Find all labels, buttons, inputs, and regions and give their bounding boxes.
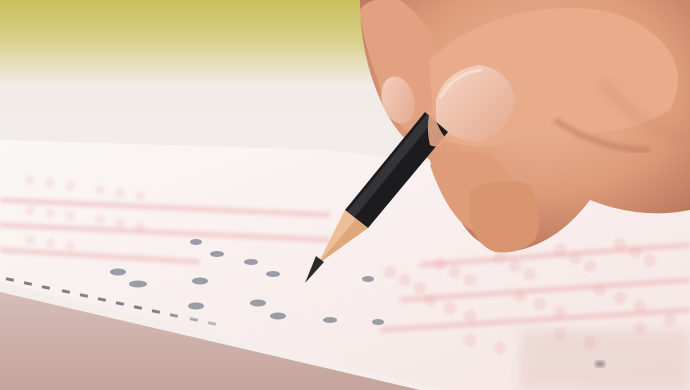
photo-scene xyxy=(0,0,690,390)
answer-sheet-photo xyxy=(0,0,690,390)
